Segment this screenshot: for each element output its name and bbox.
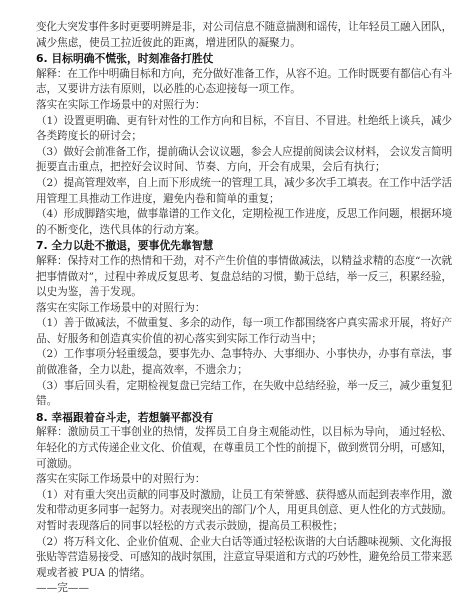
body-text-line: 各类跨度长的研讨会；: [36, 129, 452, 145]
body-text-line: 对暂时表现落后的同事以轻松的方式表示鼓励，提高员工积极性；: [36, 519, 452, 535]
body-text-line: 变化大突发事件多时更要明辨是非，对公司信息不随意揣测和谣传，让年轻员工融入团队，: [36, 20, 452, 36]
body-text-line: （2）工作事项分轻重缓急，要事先办、急事特办、大事细办、小事快办，办事有章法，事: [36, 347, 452, 363]
body-text-line: 发和带动更多同事一起努力。对表现突出的部门/个人，用更具创意、更人性化的方式鼓励…: [36, 503, 452, 519]
body-text-line: （2）将万科文化、企业价值观、企业大白话等通过轻松诙谐的大白话趣味视频、文化海报: [36, 535, 452, 551]
body-text-line: 张贴等营造易接受、可感知的战时氛围，注意宣导渠道和方式的巧妙性，避免给员工带来恶: [36, 550, 452, 566]
body-text-line: 落实在实际工作场景中的对照行为：: [36, 301, 452, 317]
body-text-line: 志，又要讲方法有原则，以必胜的心态迎接每一项工作。: [36, 82, 452, 98]
body-text-line: （1）设置更明确、更有针对性的工作方向和目标，不盲目、不冒进。杜绝纸上谈兵，减少: [36, 114, 452, 130]
body-text-line: （1）对有重大突出贡献的同事及时激励，让员工有荣誉感、获得感从而起到表率作用，激: [36, 488, 452, 504]
body-text-line: 前做准备，全力以赴，提高效率，不遗余力；: [36, 363, 452, 379]
section-heading: 6. 目标明确不慌张，时刻准备打胜仗: [36, 51, 452, 67]
body-text-line: 把事情做对”，过程中养成反复思考、复盘总结的习惯，勤于总结，举一反三，积累经验，: [36, 270, 452, 286]
section-heading: 8. 幸福跟着奋斗走，若想躺平都没有: [36, 410, 452, 426]
document-page: 变化大突发事件多时更要明辨是非，对公司信息不随意揣测和谣传，让年轻员工融入团队，…: [36, 20, 452, 597]
body-text-line: 落实在实际工作场景中的对照行为：: [36, 472, 452, 488]
body-text-line: 可激励。: [36, 457, 452, 473]
body-text-line: 解释：激励员工干事创业的热情，发挥员工自身主观能动性，以目标为导向， 通过轻松、: [36, 425, 452, 441]
body-text-line: （1）善于做减法，不做重复、多余的动作，每一项工作都围绕客户真实需求开展，将好产: [36, 316, 452, 332]
body-text-line: 落实在实际工作场景中的对照行为：: [36, 98, 452, 114]
body-text-line: （2）提高管理效率，自上而下形成统一的管理工具，减少多次手工填表。在工作中活学活: [36, 176, 452, 192]
body-text-line: 解释：保持对工作的热情和干劲，对不产生价值的事情做减法，以精益求精的态度“一次就: [36, 254, 452, 270]
body-text-line: 以史为鉴，善于发现。: [36, 285, 452, 301]
body-text-line: 观或者被 PUA 的情绪。: [36, 566, 452, 582]
end-marker: ——完——: [36, 581, 452, 597]
section-heading: 7. 全力以赴不撤退，要事优先靠智慧: [36, 238, 452, 254]
body-text-line: 年轻化的方式传递企业文化、价值观，在尊重员工个性的前提下，做到赏罚分明，可感知，: [36, 441, 452, 457]
body-text-line: （4）形成脚踏实地，做事靠谱的工作文化，定期检视工作进度，反思工作问题，根据环境: [36, 207, 452, 223]
body-text-line: 品、好服务和创造真实价值的初心落实到实际工作行动当中；: [36, 332, 452, 348]
body-text-line: 扼要直击重点，把控好会议时间、节奏、方向，开会有成果，会后有执行；: [36, 160, 452, 176]
body-text-line: 减少焦虑，使员工拉近彼此的距离，增进团队的凝聚力。: [36, 36, 452, 52]
body-text-line: （3）事后回头看，定期检视复盘已完结工作，在失败中总结经验，举一反三，减少重复犯: [36, 379, 452, 395]
body-text-line: 错。: [36, 394, 452, 410]
body-text-line: 解释：在工作中明确目标和方向，充分做好准备工作，从容不迫。工作时既要有都信心有斗: [36, 67, 452, 83]
body-text-line: 用管理工具推动工作进度，避免内卷和简单的重复；: [36, 192, 452, 208]
body-text-line: （3）做好会前准备工作，提前确认会议议题，参会人应提前阅读会议材料， 会议发言简…: [36, 145, 452, 161]
body-text-line: 的不断变化，迭代具体的行动方案。: [36, 223, 452, 239]
